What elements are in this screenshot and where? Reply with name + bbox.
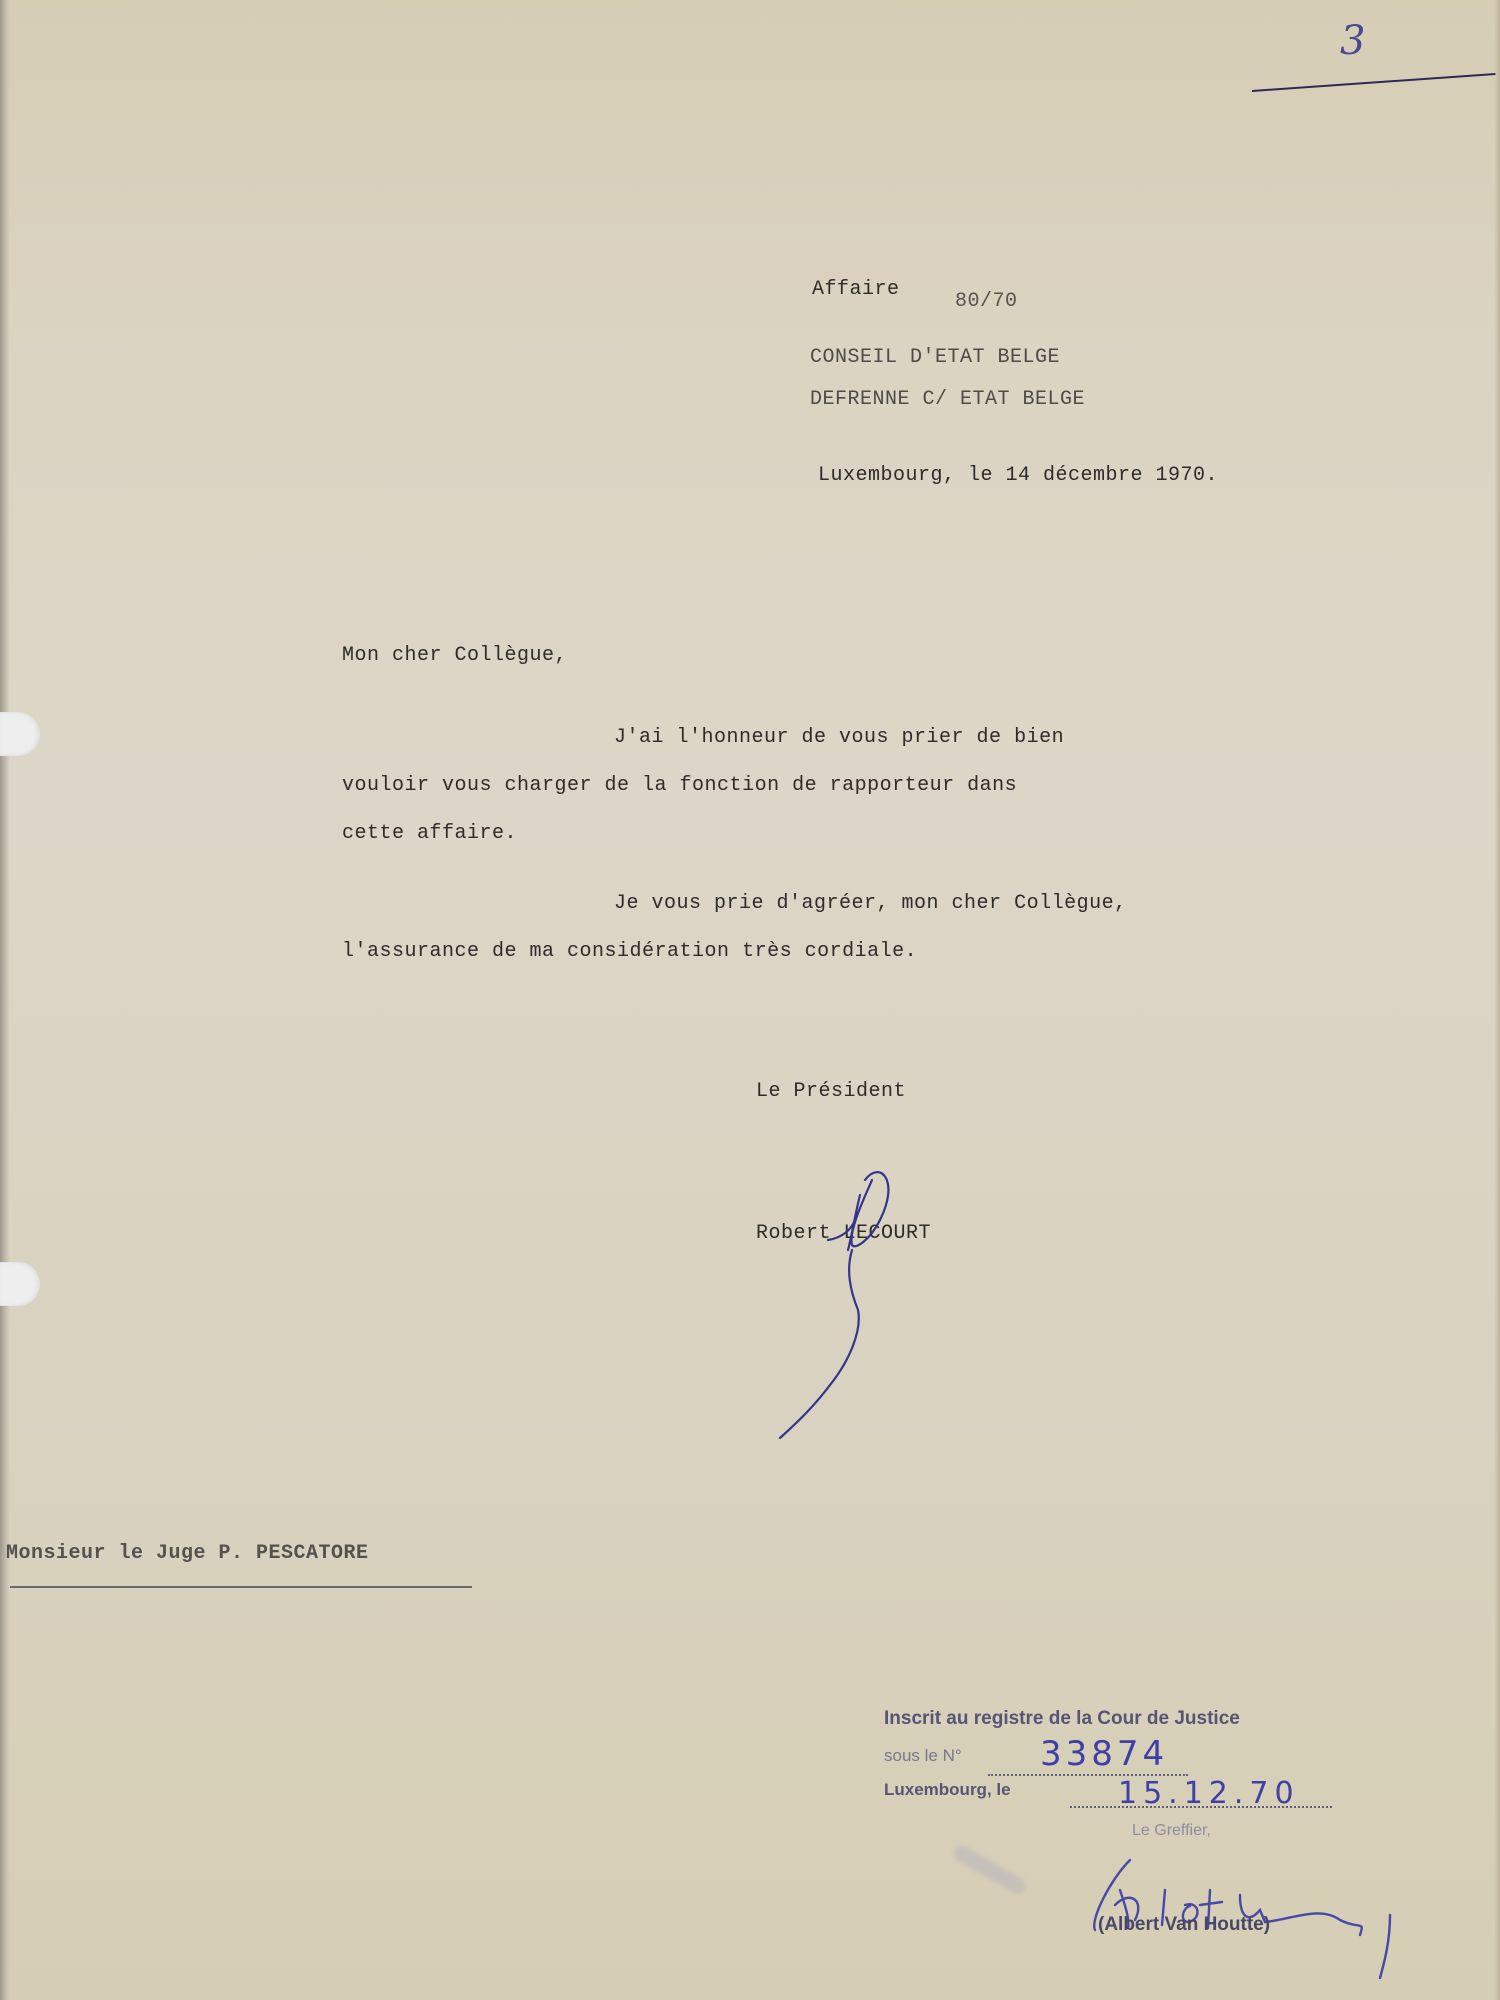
letter-greeting: Mon cher Collègue,	[342, 644, 567, 667]
affaire-label: Affaire	[812, 278, 900, 301]
handwritten-page-number: 3	[1340, 18, 1365, 64]
greffier-name: (Albert Van Houtte)	[1098, 1914, 1270, 1936]
paragraph1-line2: vouloir vous charger de la fonction de r…	[342, 774, 1017, 797]
registry-number: 33874	[1040, 1734, 1168, 1774]
registry-stamp-heading: Inscrit au registre de la Cour de Justic…	[884, 1708, 1240, 1730]
signatory-title: Le Président	[756, 1080, 906, 1103]
paragraph2-line1: Je vous prie d'agréer, mon cher Collègue…	[614, 892, 1127, 915]
registry-number-label: sous le N°	[884, 1746, 962, 1766]
letter-date: Luxembourg, le 14 décembre 1970.	[818, 464, 1218, 487]
paragraph2-line2: l'assurance de ma considération très cor…	[342, 940, 917, 963]
page-left-edge	[0, 0, 10, 2000]
greffier-label: Le Greffier,	[1132, 1822, 1211, 1840]
paragraph1-line3: cette affaire.	[342, 822, 517, 845]
president-signature-icon	[760, 1120, 960, 1440]
recipient-address: Monsieur le Juge P. PESCATORE	[6, 1542, 369, 1565]
page-right-edge	[1494, 0, 1500, 2000]
header-court-line: CONSEIL D'ETAT BELGE	[810, 346, 1060, 369]
header-parties-line: DEFRENNE C/ ETAT BELGE	[810, 388, 1085, 411]
document-page	[0, 0, 1500, 2000]
recipient-underline	[10, 1586, 472, 1588]
registry-date-label: Luxembourg, le	[884, 1780, 1011, 1800]
paragraph1-line1: J'ai l'honneur de vous prier de bien	[614, 726, 1064, 749]
registry-date: 15.12.70	[1118, 1776, 1300, 1811]
affaire-number: 80/70	[955, 290, 1018, 313]
